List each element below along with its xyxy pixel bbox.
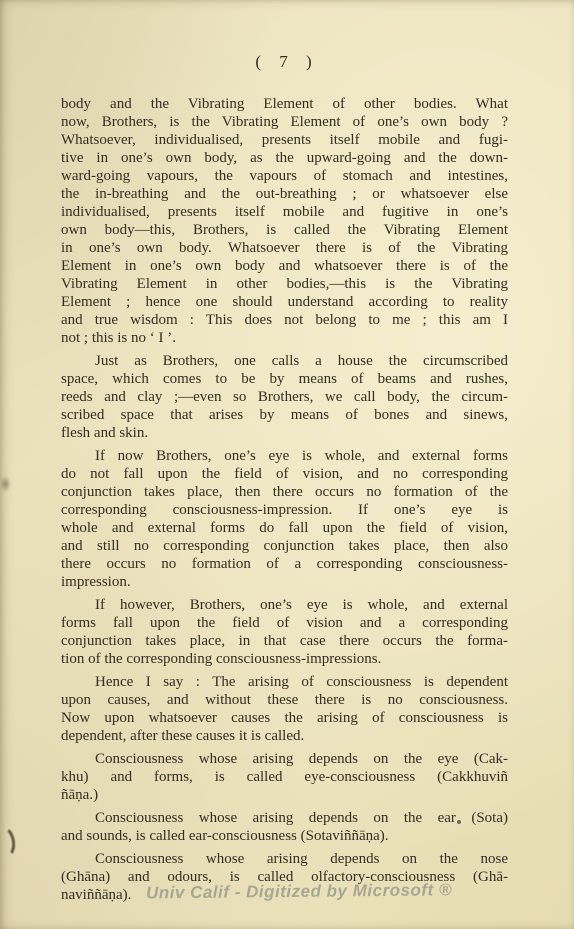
text-line: and true wisdom : This does not belong t… (61, 311, 508, 329)
page-number: ( 7 ) (0, 52, 574, 72)
text-line: in one’s own body. Whatsoever there is o… (61, 239, 508, 257)
text-line: there occurs no formation of a correspon… (61, 555, 508, 573)
text-line: ñāṇa.) (61, 786, 508, 804)
text-line: Consciousness whose arising depends on t… (61, 850, 508, 868)
text-line: conjunction takes place, then there occu… (61, 483, 508, 501)
text-line: individualised, presents itself mobile a… (61, 203, 508, 221)
text-line: body and the Vibrating Element of other … (61, 95, 508, 113)
text-line: tion of the corresponding consciousness-… (61, 650, 508, 668)
text-line: corresponding consciousness-impression. … (61, 501, 508, 519)
text-line: and sounds, is called ear-consciousness … (61, 827, 508, 845)
paper-smudge (0, 476, 11, 492)
text-line: reeds and clay ;—even so Brothers, we ca… (61, 388, 508, 406)
page-edge-ink-mark (0, 825, 17, 861)
text-line: Vibrating Element in other bodies,—this … (61, 275, 508, 293)
text-line: forms fall upon the field of vision and … (61, 614, 508, 632)
text-line: do not fall upon the field of vision, an… (61, 465, 508, 483)
text-line: Element in one’s own body and whatsoever… (61, 257, 508, 275)
paragraph: body and the Vibrating Element of other … (61, 95, 508, 347)
text-line: Whatsoever, individualised, presents its… (61, 131, 508, 149)
text-line: Now upon whatsoever causes the arising o… (61, 709, 508, 727)
text-line: scribed space that arises by means of bo… (61, 406, 508, 424)
text-line: khu) and forms, is called eye-consciousn… (61, 768, 508, 786)
paragraph: Hence I say : The arising of consciousne… (61, 673, 508, 745)
text-line: dependent, after these causes it is call… (61, 727, 508, 745)
text-line: If now Brothers, one’s eye is whole, and… (61, 447, 508, 465)
text-line: now, Brothers, is the Vibrating Element … (61, 113, 508, 131)
text-line: not ; this is no ‘ I ’. (61, 329, 508, 347)
text-line: If however, Brothers, one’s eye is whole… (61, 596, 508, 614)
text-block: body and the Vibrating Element of other … (61, 95, 508, 904)
paragraph: If now Brothers, one’s eye is whole, and… (61, 447, 508, 591)
ink-speck (457, 820, 461, 824)
text-line: Consciousness whose arising depends on t… (61, 750, 508, 768)
paragraph: Consciousness whose arising depends on t… (61, 809, 508, 845)
text-line: Hence I say : The arising of consciousne… (61, 673, 508, 691)
text-line: whole and external forms do fall upon th… (61, 519, 508, 537)
text-line: Just as Brothers, one calls a house the … (61, 352, 508, 370)
text-line: own body—this, Brothers, is called the V… (61, 221, 508, 239)
text-line: impression. (61, 573, 508, 591)
text-line: and still no corresponding conjunction t… (61, 537, 508, 555)
text-line: upon causes, and without these there is … (61, 691, 508, 709)
text-line: the in-breathing and the out-breathing ;… (61, 185, 508, 203)
text-line: Consciousness whose arising depends on t… (61, 809, 508, 827)
paragraph: Consciousness whose arising depends on t… (61, 750, 508, 804)
paragraph: If however, Brothers, one’s eye is whole… (61, 596, 508, 668)
text-line: ward-going vapours, the vapours of stoma… (61, 167, 508, 185)
text-line: flesh and skin. (61, 424, 508, 442)
text-line: conjunction takes place, in that case th… (61, 632, 508, 650)
scanned-book-page: ( 7 ) body and the Vibrating Element of … (0, 0, 574, 929)
text-line: tive in one’s own body, as the upward-go… (61, 149, 508, 167)
paragraph: Just as Brothers, one calls a house the … (61, 352, 508, 442)
text-line: Element ; hence one should understand ac… (61, 293, 508, 311)
text-line: space, which comes to be by means of bea… (61, 370, 508, 388)
